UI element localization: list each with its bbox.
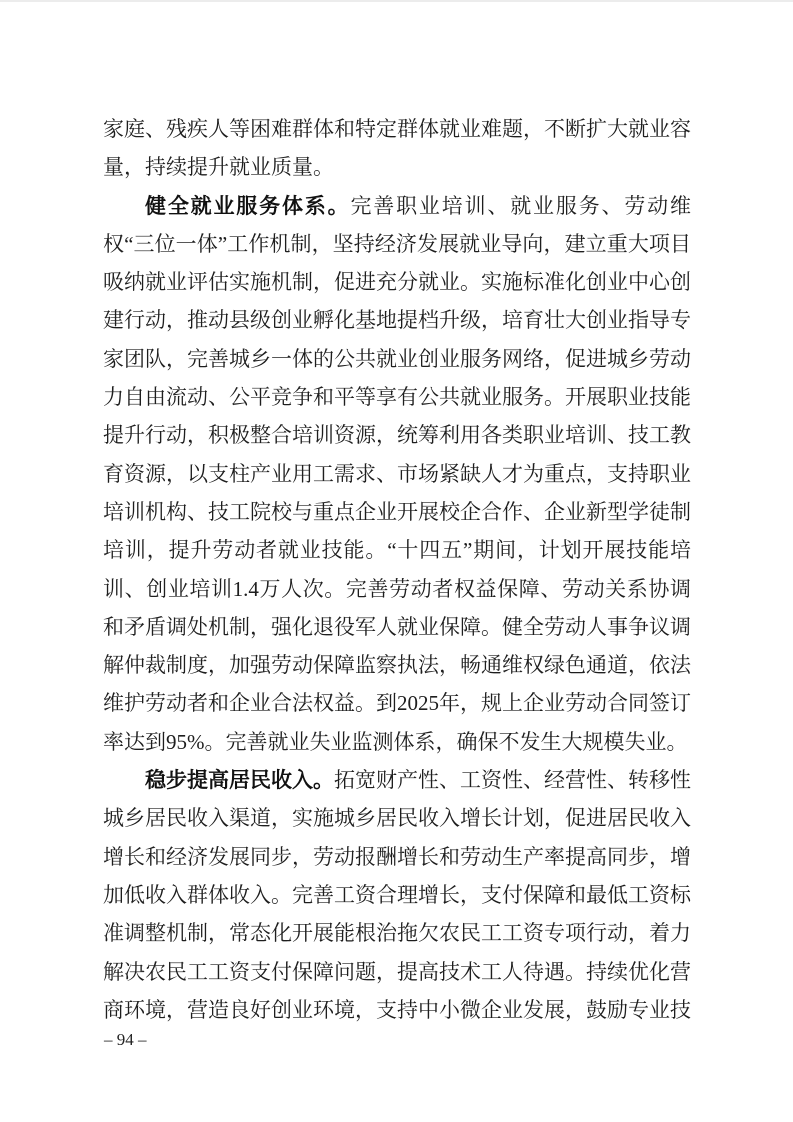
paragraph-employment-services: 健全就业服务体系。完善职业培训、就业服务、劳动维权“三位一体”工作机制，坚持经济…	[103, 187, 691, 761]
paragraph-text: 家庭、残疾人等困难群体和特定群体就业难题，不断扩大就业容量，持续提升就业质量。	[103, 117, 691, 179]
page-number: – 94 –	[104, 1028, 147, 1052]
scan-edge-line	[0, 0, 793, 2]
paragraph-continuation: 家庭、残疾人等困难群体和特定群体就业难题，不断扩大就业容量，持续提升就业质量。	[103, 110, 691, 187]
paragraph-lead: 稳步提高居民收入。	[145, 768, 334, 792]
paragraph-lead: 健全就业服务体系。	[145, 194, 350, 218]
paragraph-text: 拓宽财产性、工资性、经营性、转移性城乡居民收入渠道，实施城乡居民收入增长计划，促…	[103, 768, 691, 1022]
paragraph-text: 完善职业培训、就业服务、劳动维权“三位一体”工作机制，坚持经济发展就业导向，建立…	[103, 194, 691, 754]
body-text: 家庭、残疾人等困难群体和特定群体就业难题，不断扩大就业容量，持续提升就业质量。 …	[103, 110, 691, 1029]
paragraph-resident-income: 稳步提高居民收入。拓宽财产性、工资性、经营性、转移性城乡居民收入渠道，实施城乡居…	[103, 761, 691, 1029]
document-page: 家庭、残疾人等困难群体和特定群体就业难题，不断扩大就业容量，持续提升就业质量。 …	[0, 0, 793, 1122]
